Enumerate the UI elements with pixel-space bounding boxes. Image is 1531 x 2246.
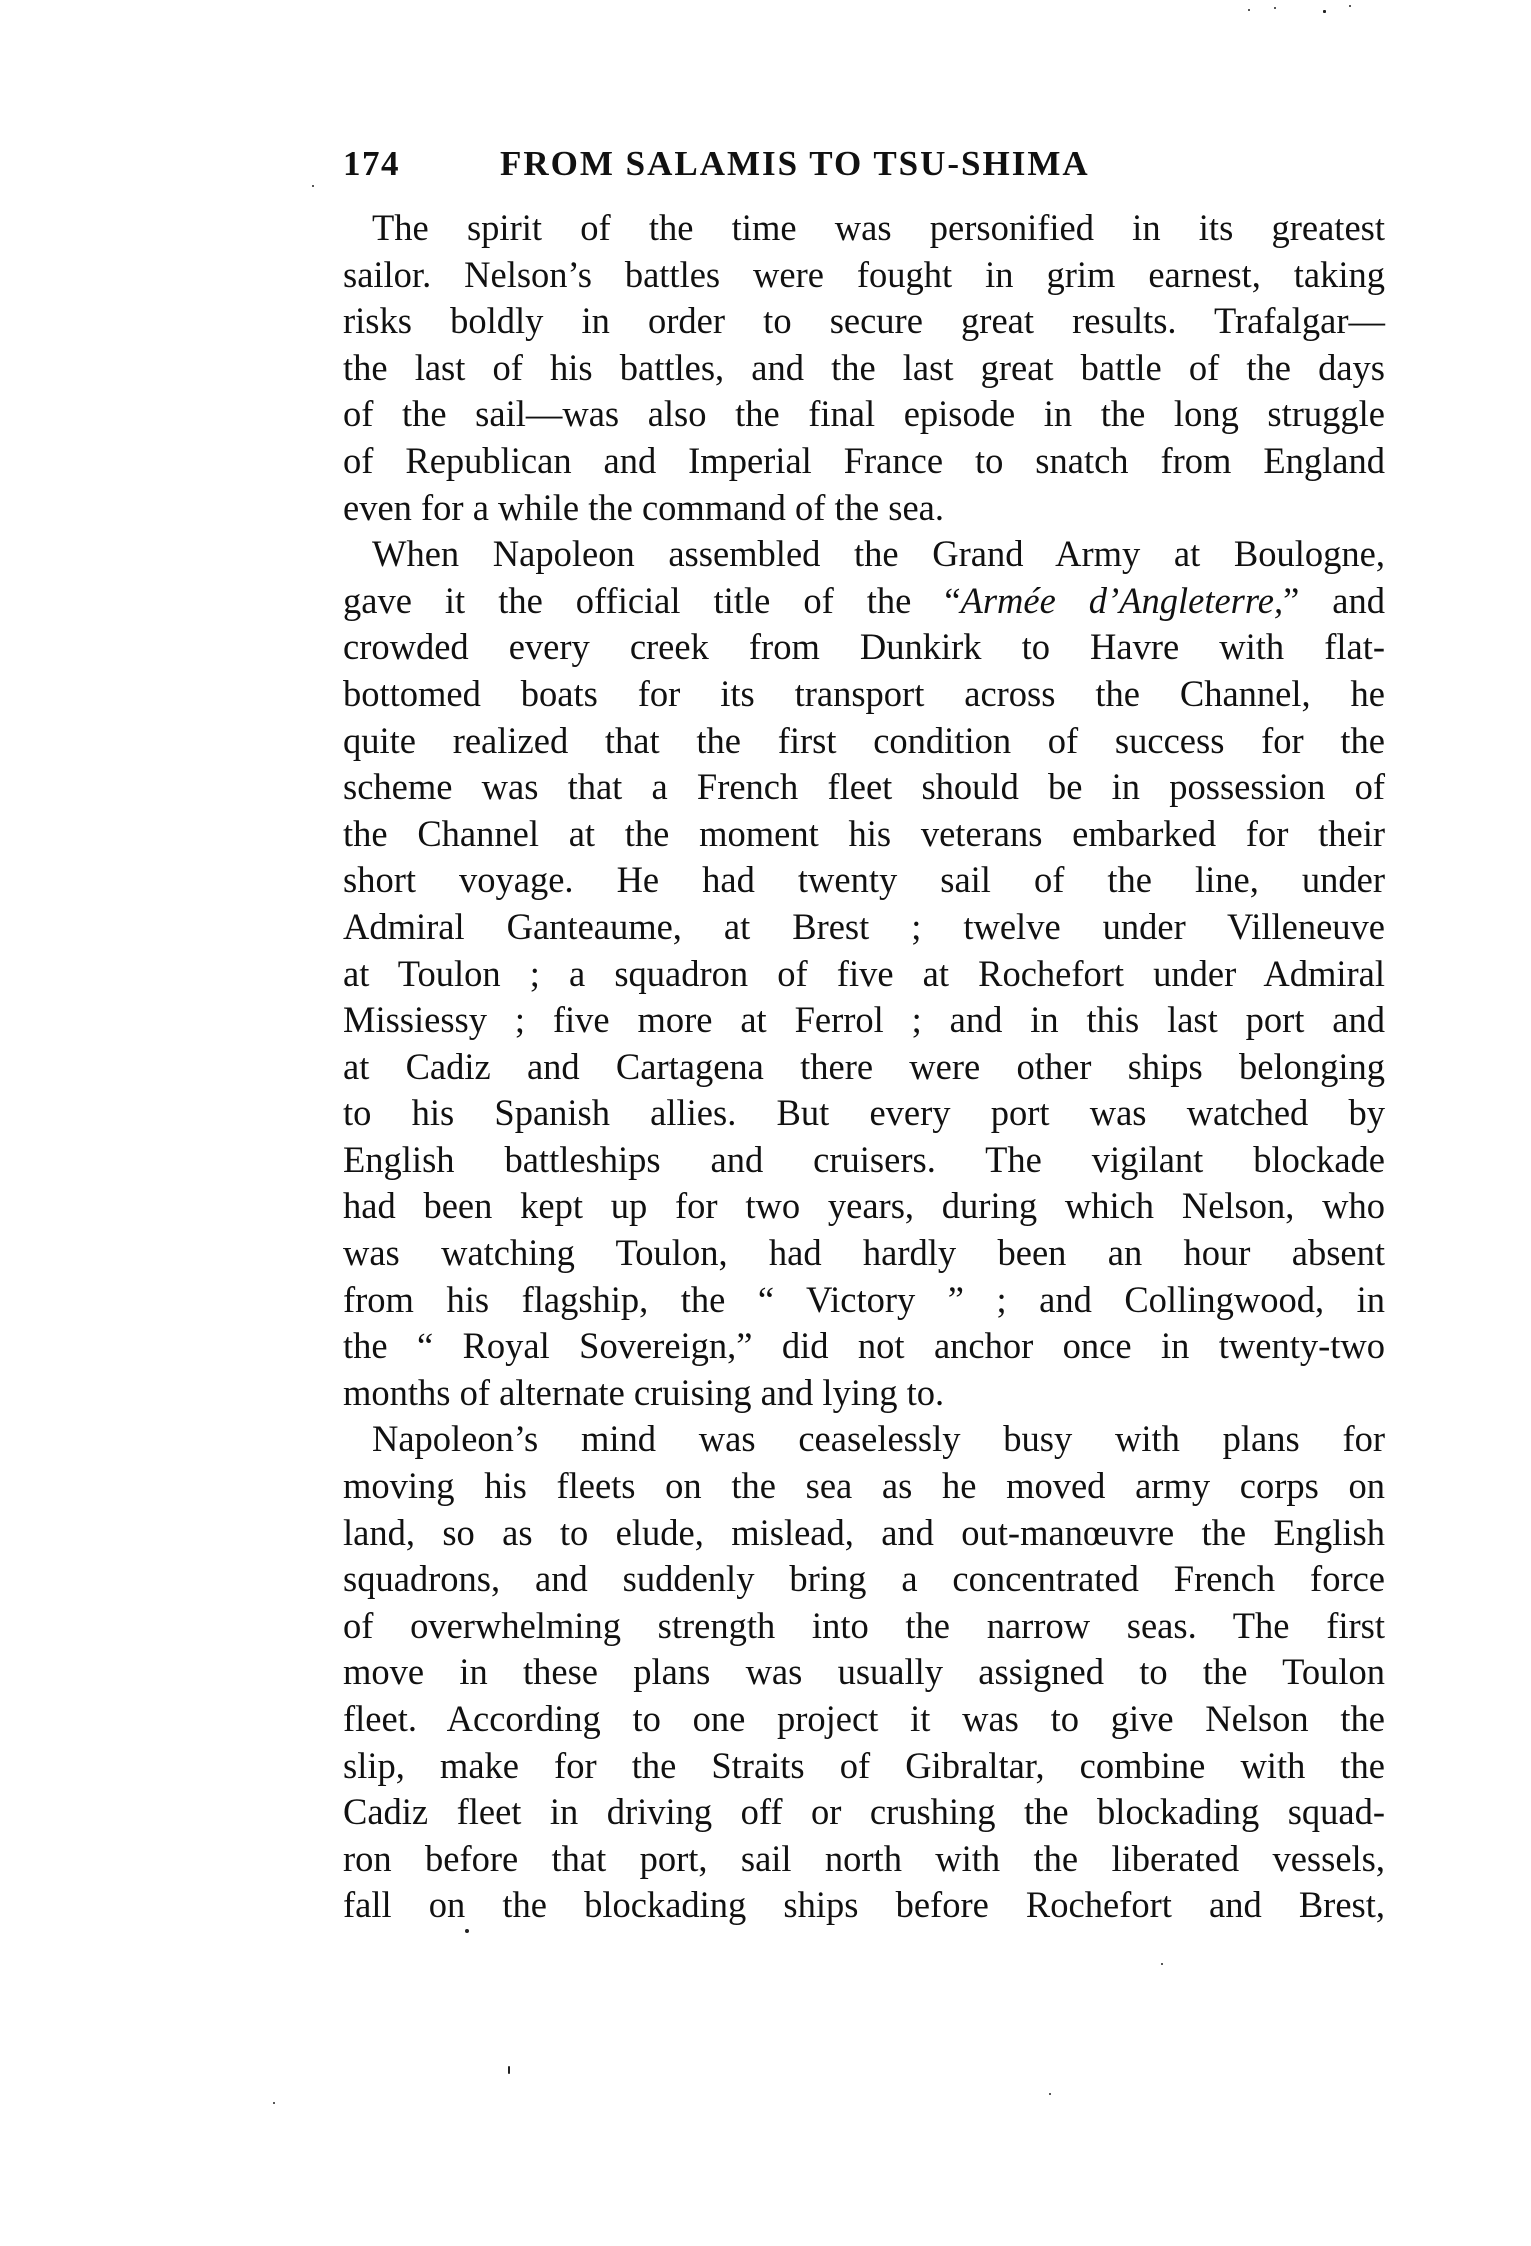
text-line: of overwhelming strength into the narrow… [343,1603,1385,1650]
paragraph-1: The spirit of the time was personified i… [343,205,1385,531]
text-line: Napoleon’s mind was ceaselessly busy wit… [343,1416,1385,1463]
scan-speck [1323,10,1326,13]
scan-speck [1161,1963,1163,1965]
paragraph-3: Napoleon’s mind was ceaselessly busy wit… [343,1416,1385,1929]
book-page: 174 FROM SALAMIS TO TSU-SHIMA The spirit… [0,0,1531,2246]
scan-speck [273,2102,275,2104]
text-line: even for a while the command of the sea. [343,485,1385,532]
text-line: was watching Toulon, had hardly been an … [343,1230,1385,1277]
text-line: fall on the blockading ships before Roch… [343,1882,1385,1929]
scan-speck [1349,5,1351,7]
text-line: fleet. According to one project it was t… [343,1696,1385,1743]
text-line: Cadiz fleet in driving off or crushing t… [343,1789,1385,1836]
page-number: 174 [343,144,400,184]
scan-speck [508,2066,510,2074]
text-line: crowded every creek from Dunkirk to Havr… [343,624,1385,671]
text-line: quite realized that the first condition … [343,718,1385,765]
text-line: land, so as to elude, mislead, and out-m… [343,1510,1385,1557]
body-text: The spirit of the time was personified i… [343,205,1385,1929]
text-line: the “ Royal Sovereign,” did not anchor o… [343,1323,1385,1370]
scan-speck [312,185,314,187]
text-line: from his flagship, the “ Victory ” ; and… [343,1277,1385,1324]
text-line: Missiessy ; five more at Ferrol ; and in… [343,997,1385,1044]
paragraph-2: When Napoleon assembled the Grand Army a… [343,531,1385,1416]
text-line: ron before that port, sail north with th… [343,1836,1385,1883]
text-line: to his Spanish allies. But every port wa… [343,1090,1385,1137]
text-line: the last of his battles, and the last gr… [343,345,1385,392]
text-line: bottomed boats for its transport across … [343,671,1385,718]
scan-speck [465,1929,469,1933]
text-segment: ” and [1283,580,1385,621]
text-line: short voyage. He had twenty sail of the … [343,857,1385,904]
text-line: Admiral Ganteaume, at Brest ; twelve und… [343,904,1385,951]
text-line: had been kept up for two years, during w… [343,1183,1385,1230]
text-line: move in these plans was usually assigned… [343,1649,1385,1696]
text-line: risks boldly in order to secure great re… [343,298,1385,345]
text-line: sailor. Nelson’s battles were fought in … [343,252,1385,299]
text-line: squadrons, and suddenly bring a concentr… [343,1556,1385,1603]
scan-speck [1049,2093,1051,2095]
italic-phrase: Armée d’Angleterre, [961,580,1284,621]
text-line: of the sail—was also the final episode i… [343,391,1385,438]
text-line: The spirit of the time was personified i… [343,205,1385,252]
scan-speck [1274,7,1276,9]
text-line: at Toulon ; a squadron of five at Rochef… [343,951,1385,998]
text-line: the Channel at the moment his veterans e… [343,811,1385,858]
text-line: scheme was that a French fleet should be… [343,764,1385,811]
text-line-with-italic: gave it the official title of the “Armée… [343,578,1385,625]
text-line: slip, make for the Straits of Gibraltar,… [343,1743,1385,1790]
text-line: months of alternate cruising and lying t… [343,1370,1385,1417]
text-line: at Cadiz and Cartagena there were other … [343,1044,1385,1091]
text-segment: gave it the official title of the “ [343,580,961,621]
text-line: When Napoleon assembled the Grand Army a… [343,531,1385,578]
scan-speck [1248,9,1250,11]
text-line: of Republican and Imperial France to sna… [343,438,1385,485]
running-head: 174 FROM SALAMIS TO TSU-SHIMA [343,144,1243,184]
book-title: FROM SALAMIS TO TSU-SHIMA [500,144,1090,184]
text-line: moving his fleets on the sea as he moved… [343,1463,1385,1510]
text-line: English battleships and cruisers. The vi… [343,1137,1385,1184]
